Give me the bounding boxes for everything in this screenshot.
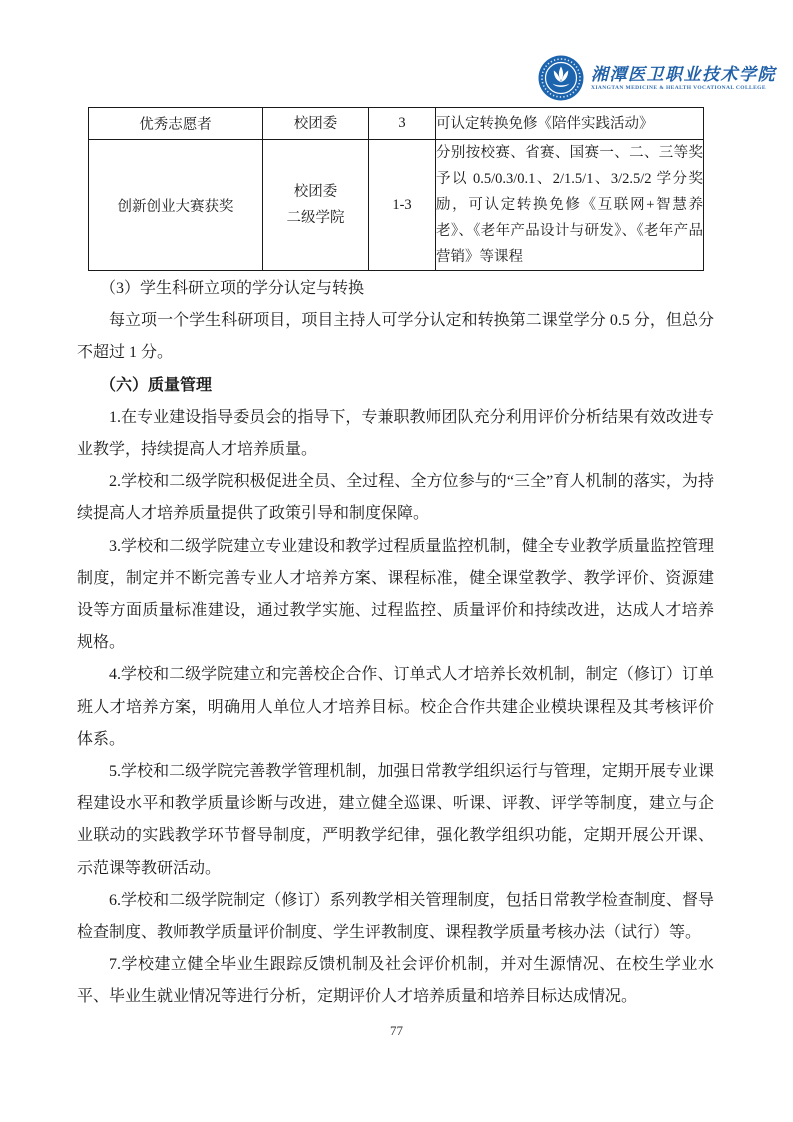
paragraph-quality-7: 7.学校建立健全毕业生跟踪反馈机制及社会评价机制，并对生源情况、在校生学业水平、…	[77, 949, 714, 1013]
document-page: 湘潭医卫职业技术学院 XIANGTAN MEDICINE & HEALTH VO…	[0, 0, 793, 1122]
paragraph-research-credit-rule: 每立项一个学生科研项目，项目主持人可学分认定和转换第二课堂学分 0.5 分，但总…	[77, 305, 714, 369]
body-text: （3）学生科研立项的学分认定与转换 每立项一个学生科研项目，项目主持人可学分认定…	[77, 273, 714, 1014]
paragraph-quality-1: 1.在专业建设指导委员会的指导下，专兼职教师团队充分利用评价分析结果有效改进专业…	[77, 402, 714, 466]
cell-project: 创新创业大赛获奖	[89, 140, 263, 271]
page-content: 优秀志愿者 校团委 3 可认定转换免修《陪伴实践活动》 创新创业大赛获奖 校团委…	[77, 107, 714, 1014]
cell-note: 可认定转换免修《陪伴实践活动》	[436, 108, 704, 140]
cell-note: 分别按校赛、省赛、国赛一、二、三等奖予以 0.5/0.3/0.1、2/1.5/1…	[436, 140, 704, 271]
department-line: 校团委	[263, 111, 368, 137]
section-heading-quality-management: （六）质量管理	[77, 370, 714, 402]
cell-department: 校团委 二级学院	[263, 140, 369, 271]
paragraph-quality-6: 6.学校和二级学院制定（修订）系列教学相关管理制度，包括日常教学检查制度、督导检…	[77, 885, 714, 949]
cell-project: 优秀志愿者	[89, 108, 263, 140]
department-line: 校团委	[263, 179, 368, 205]
credit-conversion-table: 优秀志愿者 校团委 3 可认定转换免修《陪伴实践活动》 创新创业大赛获奖 校团委…	[88, 107, 704, 271]
paragraph-quality-5: 5.学校和二级学院完善教学管理机制，加强日常教学组织运行与管理，定期开展专业课程…	[77, 756, 714, 885]
college-emblem-icon	[538, 55, 584, 101]
table-row-contest: 创新创业大赛获奖 校团委 二级学院 1-3 分别按校赛、省赛、国赛一、二、三等奖…	[89, 140, 704, 271]
department-line: 二级学院	[263, 205, 368, 231]
paragraph-research-credit-heading: （3）学生科研立项的学分认定与转换	[77, 273, 714, 305]
college-name-english: XIANGTAN MEDICINE & HEALTH VOCATIONAL CO…	[591, 85, 776, 92]
cell-credit: 1-3	[369, 140, 436, 271]
college-logo-text: 湘潭医卫职业技术学院 XIANGTAN MEDICINE & HEALTH VO…	[591, 65, 776, 92]
paragraph-quality-3: 3.学校和二级学院建立专业建设和教学过程质量监控机制，健全专业教学质量监控管理制…	[77, 531, 714, 660]
college-logo: 湘潭医卫职业技术学院 XIANGTAN MEDICINE & HEALTH VO…	[538, 55, 776, 101]
college-name-chinese: 湘潭医卫职业技术学院	[591, 65, 776, 85]
cell-credit: 3	[369, 108, 436, 140]
cell-department: 校团委	[263, 108, 369, 140]
paragraph-quality-4: 4.学校和二级学院建立和完善校企合作、订单式人才培养长效机制，制定（修订）订单班…	[77, 659, 714, 756]
table-row-volunteer: 优秀志愿者 校团委 3 可认定转换免修《陪伴实践活动》	[89, 108, 704, 140]
page-number: 77	[0, 1023, 793, 1039]
paragraph-quality-2: 2.学校和二级学院积极促进全员、全过程、全方位参与的“三全”育人机制的落实，为持…	[77, 466, 714, 530]
